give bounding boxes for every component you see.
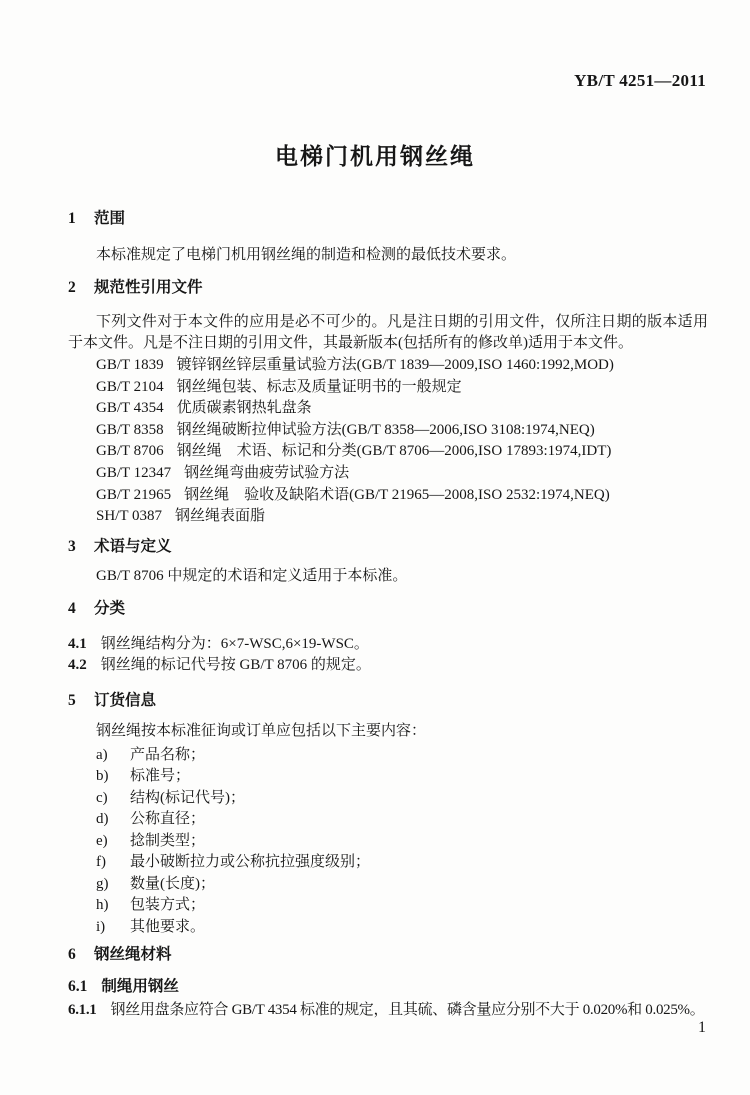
list-item-text: 包装方式； <box>130 897 205 913</box>
list-item-text: 产品名称； <box>130 747 205 763</box>
reference-item: GB/T 1839镀锌钢丝锌层重量试验方法(GB/T 1839—2009,ISO… <box>68 355 708 377</box>
clause-6-1-1: 6.1.1钢丝用盘条应符合 GB/T 4354 标准的规定，且其硫、磷含量应分别… <box>68 1000 708 1021</box>
ordering-list-item: a)产品名称； <box>68 745 708 767</box>
section-classification-heading: 4分类 <box>68 598 708 619</box>
reference-title: 镀锌钢丝锌层重量试验方法(GB/T 1839—2009,ISO 1460:199… <box>177 357 614 373</box>
section-ordering-heading: 5订货信息 <box>68 690 708 711</box>
reference-title: 钢丝绳弯曲疲劳试验方法 <box>184 465 349 481</box>
ordering-list-item: h)包装方式； <box>68 895 708 917</box>
section-scope-heading: 1范围 <box>68 208 708 229</box>
reference-title: 钢丝绳 术语、标记和分类(GB/T 8706—2006,ISO 17893:19… <box>177 443 612 459</box>
reference-title: 钢丝绳表面脂 <box>175 508 265 524</box>
reference-code: GB/T 2104 <box>96 379 164 395</box>
reference-item: GB/T 21965钢丝绳 验收及缺陷术语(GB/T 21965—2008,IS… <box>68 485 708 507</box>
reference-code: SH/T 0387 <box>96 508 162 524</box>
subsection-title: 制绳用钢丝 <box>101 978 179 995</box>
ordering-intro-paragraph: 钢丝绳按本标准征询或订单应包括以下主要内容： <box>68 721 708 742</box>
ordering-list-item: e)捻制类型； <box>68 831 708 853</box>
ordering-list: a)产品名称； b)标准号； c)结构(标记代号)； d)公称直径； e)捻制类… <box>68 745 708 939</box>
clause-4-1: 4.1钢丝绳结构分为：6×7-WSC,6×19-WSC。 <box>68 634 708 655</box>
list-item-text: 结构(标记代号)； <box>130 790 245 806</box>
section-references-heading: 2规范性引用文件 <box>68 277 708 298</box>
section-title: 分类 <box>94 600 125 617</box>
reference-code: GB/T 8706 <box>96 443 164 459</box>
list-item-text: 标准号； <box>130 768 190 784</box>
clause-text: 钢丝绳结构分为：6×7-WSC,6×19-WSC。 <box>101 636 369 652</box>
list-marker: h) <box>96 895 130 917</box>
standard-number: YB/T 4251—2011 <box>574 71 706 91</box>
ordering-list-item: g)数量(长度)； <box>68 874 708 896</box>
clause-number: 4.1 <box>68 634 87 655</box>
section-materials-heading: 6钢丝绳材料 <box>68 944 708 965</box>
list-marker: c) <box>96 788 130 810</box>
section-title: 订货信息 <box>94 692 156 709</box>
document-page: YB/T 4251—2011 电梯门机用钢丝绳 1范围 本标准规定了电梯门机用钢… <box>0 0 750 1095</box>
list-marker: g) <box>96 874 130 896</box>
references-list: GB/T 1839镀锌钢丝锌层重量试验方法(GB/T 1839—2009,ISO… <box>68 355 708 528</box>
section-title: 钢丝绳材料 <box>94 946 172 963</box>
list-item-text: 公称直径； <box>130 811 205 827</box>
document-title: 电梯门机用钢丝绳 <box>0 138 750 171</box>
section-number: 3 <box>68 536 82 557</box>
reference-code: GB/T 8358 <box>96 422 164 438</box>
ordering-list-item: d)公称直径； <box>68 809 708 831</box>
references-intro-paragraph: 下列文件对于本文件的应用是必不可少的。凡是注日期的引用文件，仅所注日期的版本适用… <box>68 312 708 354</box>
section-title: 范围 <box>94 210 125 227</box>
reference-title: 钢丝绳 验收及缺陷术语(GB/T 21965—2008,ISO 2532:197… <box>184 487 610 503</box>
list-item-text: 数量(长度)； <box>130 876 215 892</box>
reference-code: GB/T 1839 <box>96 357 164 373</box>
terms-paragraph: GB/T 8706 中规定的术语和定义适用于本标准。 <box>68 566 708 587</box>
reference-code: GB/T 12347 <box>96 465 171 481</box>
list-marker: d) <box>96 809 130 831</box>
reference-title: 优质碳素钢热轧盘条 <box>177 400 312 416</box>
section-title: 规范性引用文件 <box>94 279 203 296</box>
list-marker: b) <box>96 766 130 788</box>
reference-item: SH/T 0387钢丝绳表面脂 <box>68 506 708 528</box>
document-content: 1范围 本标准规定了电梯门机用钢丝绳的制造和检测的最低技术要求。 2规范性引用文… <box>68 200 708 1021</box>
subsection-number: 6.1 <box>68 976 87 997</box>
ordering-list-item: f)最小破断拉力或公称抗拉强度级别； <box>68 852 708 874</box>
reference-code: GB/T 4354 <box>96 400 164 416</box>
reference-item: GB/T 8358钢丝绳破断拉伸试验方法(GB/T 8358—2006,ISO … <box>68 420 708 442</box>
list-marker: a) <box>96 745 130 767</box>
scope-paragraph: 本标准规定了电梯门机用钢丝绳的制造和检测的最低技术要求。 <box>68 245 708 266</box>
list-item-text: 最小破断拉力或公称抗拉强度级别； <box>130 854 370 870</box>
reference-item: GB/T 4354优质碳素钢热轧盘条 <box>68 398 708 420</box>
reference-code: GB/T 21965 <box>96 487 171 503</box>
ordering-list-item: c)结构(标记代号)； <box>68 788 708 810</box>
clause-number: 4.2 <box>68 655 87 676</box>
list-item-text: 捻制类型； <box>130 833 205 849</box>
list-marker: e) <box>96 831 130 853</box>
section-number: 2 <box>68 277 82 298</box>
reference-item: GB/T 8706钢丝绳 术语、标记和分类(GB/T 8706—2006,ISO… <box>68 441 708 463</box>
ordering-list-item: i)其他要求。 <box>68 917 708 939</box>
section-number: 4 <box>68 598 82 619</box>
list-marker: f) <box>96 852 130 874</box>
section-title: 术语与定义 <box>94 538 172 555</box>
reference-item: GB/T 12347钢丝绳弯曲疲劳试验方法 <box>68 463 708 485</box>
subsection-6-1-heading: 6.1制绳用钢丝 <box>68 976 708 997</box>
section-number: 5 <box>68 690 82 711</box>
page-number: 1 <box>698 1019 706 1037</box>
reference-item: GB/T 2104钢丝绳包装、标志及质量证明书的一般规定 <box>68 377 708 399</box>
section-number: 6 <box>68 944 82 965</box>
clause-text: 钢丝绳的标记代号按 GB/T 8706 的规定。 <box>101 657 371 673</box>
section-terms-heading: 3术语与定义 <box>68 536 708 557</box>
reference-title: 钢丝绳包装、标志及质量证明书的一般规定 <box>177 379 462 395</box>
ordering-list-item: b)标准号； <box>68 766 708 788</box>
list-marker: i) <box>96 917 130 939</box>
clause-4-2: 4.2钢丝绳的标记代号按 GB/T 8706 的规定。 <box>68 655 708 676</box>
section-number: 1 <box>68 208 82 229</box>
list-item-text: 其他要求。 <box>130 919 205 935</box>
reference-title: 钢丝绳破断拉伸试验方法(GB/T 8358—2006,ISO 3108:1974… <box>177 422 595 438</box>
clause-number: 6.1.1 <box>68 1000 97 1021</box>
clause-text: 钢丝用盘条应符合 GB/T 4354 标准的规定，且其硫、磷含量应分别不大于 0… <box>111 1002 705 1018</box>
